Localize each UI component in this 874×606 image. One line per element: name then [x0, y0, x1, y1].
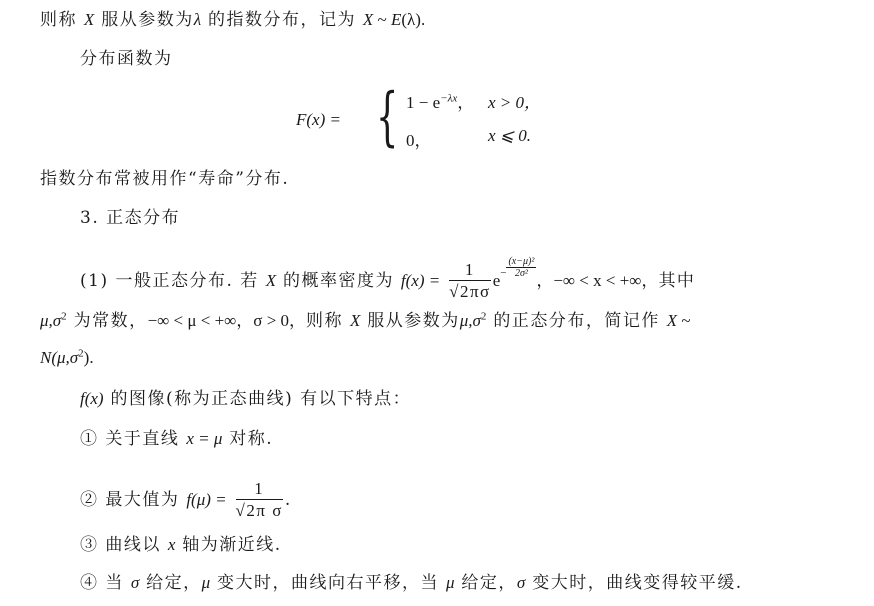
case2-condition: x ⩽ 0. — [488, 126, 531, 146]
var-x: X — [84, 10, 94, 29]
text: 的概率密度为 — [276, 271, 401, 291]
paragraph-cdf-intro: 分布函数为 — [80, 48, 173, 70]
circled-two-icon: ② — [80, 490, 99, 510]
var-x: X — [266, 271, 276, 290]
fraction: 1√2π σ — [236, 479, 283, 522]
text: 则称 — [40, 10, 84, 30]
arg: (λ). — [401, 10, 425, 29]
case1-condition: x > 0， — [488, 88, 541, 113]
exponent-fraction: (x−μ)²2σ² — [506, 256, 536, 279]
cdf-lhs: F(x) = — [296, 110, 341, 130]
text: 其中 — [658, 271, 695, 291]
paragraph-curve-features: f(x) 的图像(称为正态曲线) 有以下特点： — [80, 388, 411, 410]
circled-four-icon: ④ — [80, 573, 99, 593]
case1-value: 1 − e−λx， — [406, 88, 474, 113]
feature-item-3: ③ 曲线以 x 轴为渐近线. — [80, 534, 282, 556]
tilde: ~ — [373, 10, 391, 29]
var-lambda: λ — [194, 10, 201, 29]
cdf-formula: F(x) = { 1 − e−λx， x > 0， 0， x ⩽ 0. — [296, 88, 596, 156]
fraction: 1√2πσ — [449, 260, 491, 303]
circled-one-icon: ① — [80, 429, 99, 449]
brace-icon: { — [376, 82, 398, 152]
feature-item-1: ① 关于直线 x = μ 对称. — [80, 428, 273, 450]
paragraph-lifetime: 指数分布常被用作“寿命”分布. — [40, 168, 289, 190]
case2-value: 0， — [406, 126, 432, 151]
text: 的指数分布，记为 — [201, 10, 363, 30]
section-heading-normal: 3. 正态分布 — [80, 207, 180, 229]
circled-three-icon: ③ — [80, 535, 99, 555]
var-e: E — [391, 10, 401, 29]
text: (1) 一般正态分布. 若 — [80, 271, 266, 291]
var-x: X — [363, 10, 373, 29]
paragraph-normal-density: (1) 一般正态分布. 若 X 的概率密度为 f(x) = 1√2πσe−(x−… — [80, 256, 695, 303]
paragraph-exponential-definition: 则称 X 服从参数为λ 的指数分布，记为 X ~ E(λ). — [40, 9, 425, 31]
text: 服从参数为 — [94, 10, 193, 30]
density-lhs: f(x) = — [401, 271, 440, 290]
feature-item-4: ④ 当 σ 给定，μ 变大时，曲线向右平移，当 μ 给定，σ 变大时，曲线变得较… — [80, 572, 743, 594]
paragraph-normal-params: μ,σ2 为常数，−∞ < μ < +∞，σ > 0，则称 X 服从参数为μ,σ… — [40, 310, 691, 332]
domain-range: ，−∞ < x < +∞， — [536, 271, 658, 290]
feature-item-2: ② 最大值为 f(μ) = 1√2π σ. — [80, 479, 292, 522]
paragraph-normal-notation: N(μ,σ2). — [40, 347, 94, 369]
